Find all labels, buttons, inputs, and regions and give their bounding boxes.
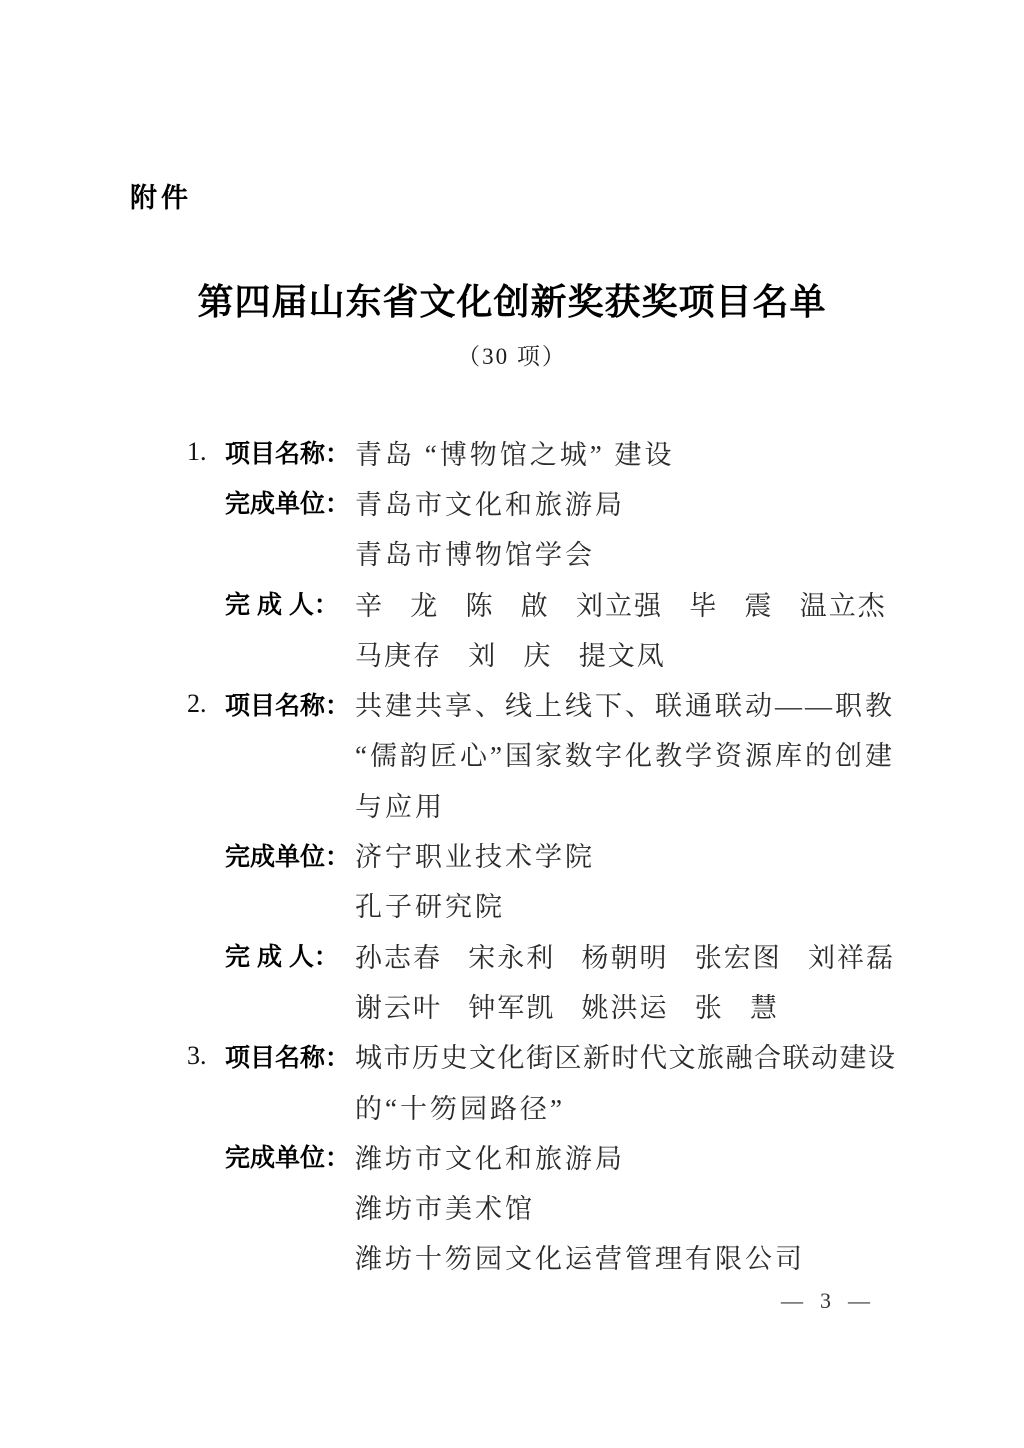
field-value: 青岛 “博物馆之城” 建设 [355,433,899,472]
field-value: 孙志春 宋永利 杨朝明 张宏图 刘祥磊 [355,936,899,975]
document-page: 附件 第四届山东省文化创新奖获奖项目名单 （30 项） 1. 项目名称： 青岛 … [0,0,1024,1448]
field-value: 的“十笏园路径” [355,1087,899,1126]
list-row: 完成单位： 青岛市文化和旅游局 [187,477,899,527]
field-label: 项目名称： [225,686,355,722]
field-value: 潍坊十笏园文化运营管理有限公司 [355,1237,899,1276]
field-value: 辛 龙 陈 啟 刘立强 毕 震 温立杰 [355,584,899,623]
field-label: 完成单位： [225,484,355,520]
list-row: 谢云叶 钟军凯 姚洪运 张 慧 [187,980,899,1030]
entry-number: 2. [187,689,225,719]
list-row: “儒韵匠心”国家数字化教学资源库的创建 [187,729,899,779]
field-value: 潍坊市美术馆 [355,1187,899,1226]
list-row: 马庚存 刘 庆 提文凤 [187,628,899,678]
list-row: 2. 项目名称： 共建共享、线上线下、联通联动——职教 [187,678,899,728]
field-value: 城市历史文化街区新时代文旅融合联动建设 [355,1036,899,1075]
document-title: 第四届山东省文化创新奖获奖项目名单 [0,274,1024,325]
list-row: 1. 项目名称： 青岛 “博物馆之城” 建设 [187,427,899,477]
field-value: “儒韵匠心”国家数字化教学资源库的创建 [355,734,899,773]
field-label: 完成单位： [225,1138,355,1174]
field-value: 马庚存 刘 庆 提文凤 [355,634,899,673]
entry-number: 1. [187,437,225,467]
field-value: 潍坊市文化和旅游局 [355,1137,899,1176]
list-row: 完 成 人： 辛 龙 陈 啟 刘立强 毕 震 温立杰 [187,578,899,628]
list-row: 青岛市博物馆学会 [187,528,899,578]
list-row: 3. 项目名称： 城市历史文化街区新时代文旅融合联动建设 [187,1031,899,1081]
list-row: 孔子研究院 [187,880,899,930]
award-list: 1. 项目名称： 青岛 “博物馆之城” 建设 完成单位： 青岛市文化和旅游局 青… [187,427,899,1282]
field-label: 项目名称： [225,1038,355,1074]
page-number: — 3 — [781,1288,872,1314]
field-value: 与应用 [355,785,899,824]
entry-number: 3. [187,1041,225,1071]
attachment-label: 附件 [130,176,192,215]
field-value: 共建共享、线上线下、联通联动——职教 [355,684,899,723]
list-row: 完成单位： 潍坊市文化和旅游局 [187,1131,899,1181]
field-value: 济宁职业技术学院 [355,835,899,874]
field-label: 完 成 人： [225,585,355,621]
field-value: 孔子研究院 [355,885,899,924]
field-label: 完成单位： [225,837,355,873]
list-row: 完成单位： 济宁职业技术学院 [187,829,899,879]
field-label: 项目名称： [225,434,355,470]
list-row: 的“十笏园路径” [187,1081,899,1131]
field-value: 青岛市文化和旅游局 [355,483,899,522]
list-row: 完 成 人： 孙志春 宋永利 杨朝明 张宏图 刘祥磊 [187,930,899,980]
list-row: 潍坊市美术馆 [187,1181,899,1231]
list-row: 潍坊十笏园文化运营管理有限公司 [187,1232,899,1282]
list-row: 与应用 [187,779,899,829]
field-value: 青岛市博物馆学会 [355,533,899,572]
field-label: 完 成 人： [225,937,355,973]
item-count-note: （30 项） [0,338,1024,371]
field-value: 谢云叶 钟军凯 姚洪运 张 慧 [355,986,899,1025]
